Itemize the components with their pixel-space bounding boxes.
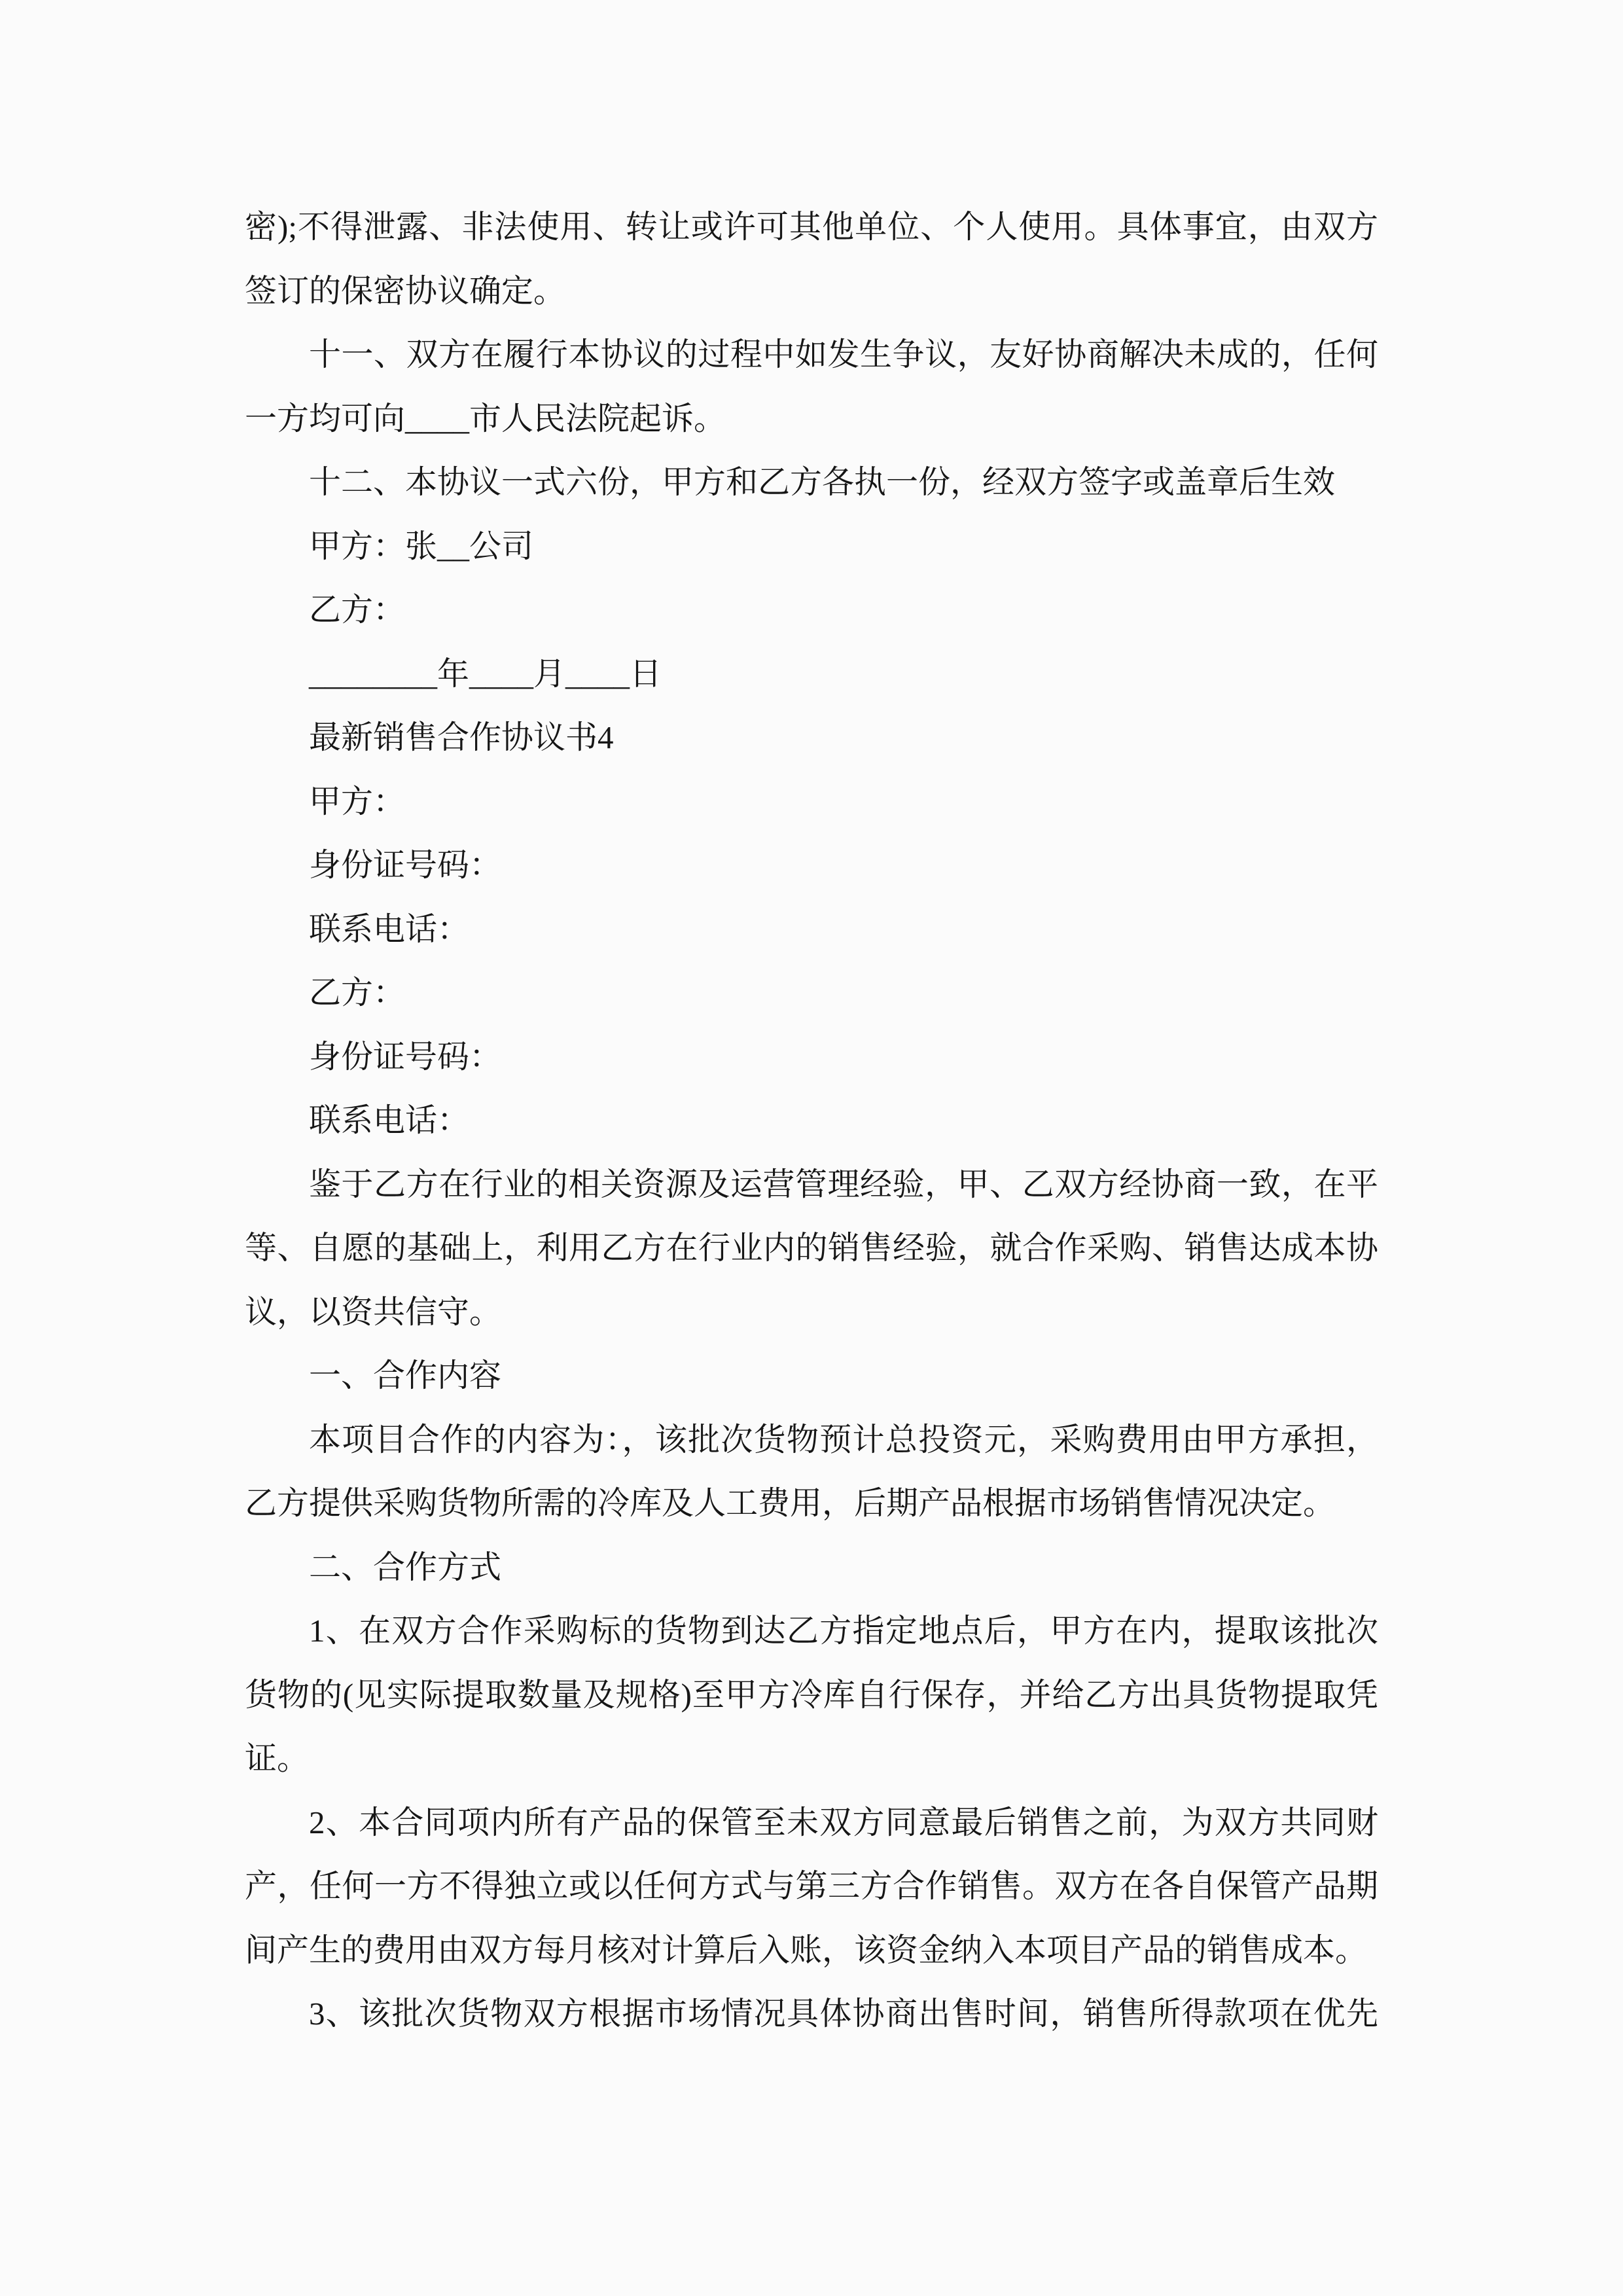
text-line-18: 议，以资共信守。 <box>245 1280 1378 1344</box>
text-line-13: 乙方： <box>245 961 1378 1025</box>
text-line-2: 签订的保密协议确定。 <box>245 259 1378 323</box>
document-page: 密);不得泄露、非法使用、转让或许可其他单位、个人使用。具体事宜，由双方签订的保… <box>0 0 1623 2296</box>
text-line-21: 乙方提供采购货物所需的冷库及人工费用，后期产品根据市场销售情况决定。 <box>245 1471 1378 1535</box>
text-line-1: 密);不得泄露、非法使用、转让或许可其他单位、个人使用。具体事宜，由双方 <box>245 195 1378 259</box>
text-line-27: 产，任何一方不得独立或以任何方式与第三方合作销售。双方在各自保管产品期 <box>245 1854 1378 1918</box>
text-line-20: 本项目合作的内容为：，该批次货物预计总投资元，采购费用由甲方承担， <box>245 1408 1378 1472</box>
text-line-14: 身份证号码： <box>245 1025 1378 1089</box>
text-line-12: 联系电话： <box>245 897 1378 961</box>
text-line-4: 一方均可向____市人民法院起诉。 <box>245 387 1378 451</box>
text-line-11: 身份证号码： <box>245 833 1378 897</box>
text-line-9: 最新销售合作协议书4 <box>245 706 1378 770</box>
text-line-3: 十一、双方在履行本协议的过程中如发生争议，友好协商解决未成的，任何 <box>245 323 1378 387</box>
text-line-19: 一、合作内容 <box>245 1344 1378 1408</box>
text-line-16: 鉴于乙方在行业的相关资源及运营管理经验，甲、乙双方经协商一致，在平 <box>245 1153 1378 1217</box>
text-line-5: 十二、本协议一式六份，甲方和乙方各执一份，经双方签字或盖章后生效 <box>245 450 1378 514</box>
text-line-25: 证。 <box>245 1727 1378 1791</box>
text-line-17: 等、自愿的基础上，利用乙方在行业内的销售经验，就合作采购、销售达成本协 <box>245 1216 1378 1280</box>
text-line-23: 1、在双方合作采购标的货物到达乙方指定地点后，甲方在内，提取该批次 <box>245 1599 1378 1663</box>
text-line-10: 甲方： <box>245 770 1378 834</box>
text-line-24: 货物的(见实际提取数量及规格)至甲方冷库自行保存，并给乙方出具货物提取凭 <box>245 1663 1378 1727</box>
text-line-8: ________年____月____日 <box>245 642 1378 706</box>
text-line-15: 联系电话： <box>245 1088 1378 1153</box>
text-line-7: 乙方： <box>245 578 1378 642</box>
contract-text-block: 密);不得泄露、非法使用、转让或许可其他单位、个人使用。具体事宜，由双方签订的保… <box>245 195 1378 2046</box>
text-line-26: 2、本合同项内所有产品的保管至未双方同意最后销售之前，为双方共同财 <box>245 1791 1378 1855</box>
text-line-28: 间产生的费用由双方每月核对计算后入账，该资金纳入本项目产品的销售成本。 <box>245 1918 1378 1982</box>
text-line-6: 甲方：张__公司 <box>245 514 1378 579</box>
text-line-29: 3、该批次货物双方根据市场情况具体协商出售时间，销售所得款项在优先 <box>245 1982 1378 2046</box>
text-line-22: 二、合作方式 <box>245 1535 1378 1600</box>
